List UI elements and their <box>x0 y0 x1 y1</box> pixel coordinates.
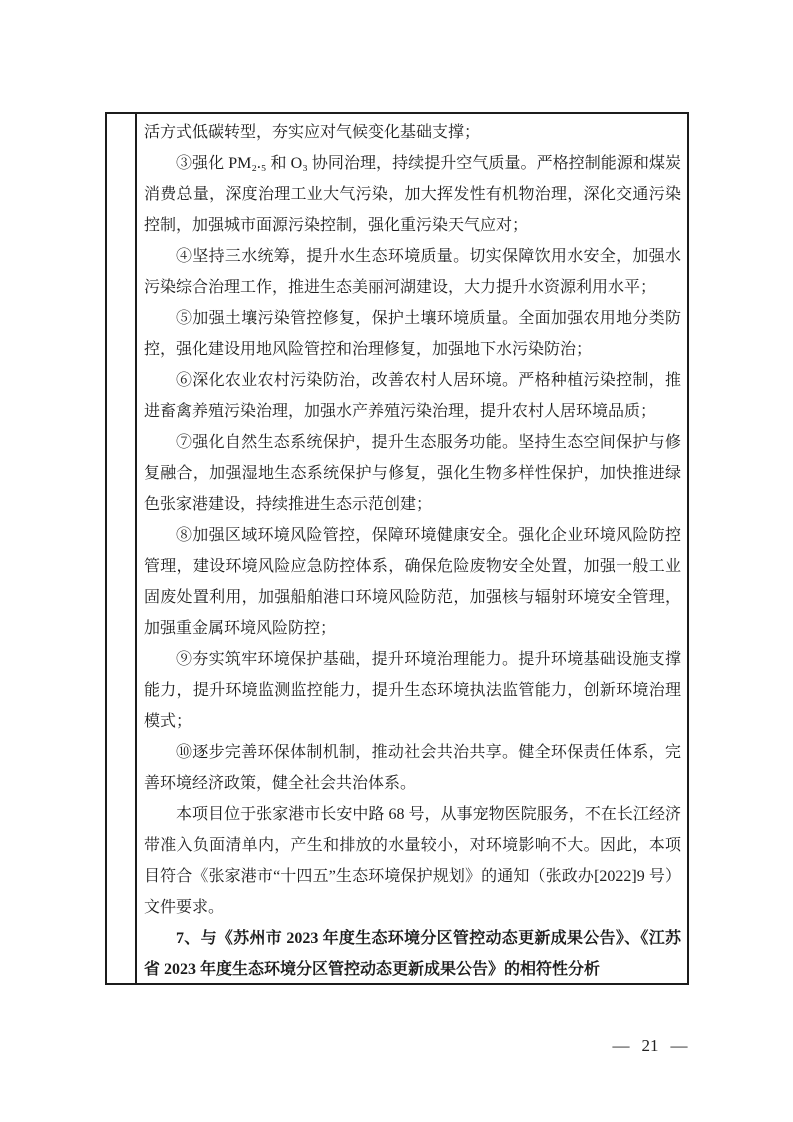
paragraph-item-5: ⑤加强土壤污染管控修复，保护土壤环境质量。全面加强农用地分类防控，强化建设用地风… <box>144 303 681 365</box>
paragraph-item-4: ④坚持三水统筹，提升水生态环境质量。切实保障饮用水安全，加强水污染综合治理工作，… <box>144 241 681 303</box>
section-heading-7: 7、与《苏州市 2023 年度生态环境分区管控动态更新成果公告》、《江苏省 20… <box>144 923 681 983</box>
footer-dash-left: — <box>613 1036 630 1056</box>
page-number: 21 <box>642 1036 659 1056</box>
paragraph-project-conclusion: 本项目位于张家港市长安中路 68 号，从事宠物医院服务，不在长江经济带准入负面清… <box>144 799 681 923</box>
paragraph-item-8: ⑧加强区域环境风险管控，保障环境健康安全。强化企业环境风险防控管理，建设环境风险… <box>144 520 681 644</box>
paragraph-item-10: ⑩逐步完善环保体制机制，推动社会共治共享。健全环保责任体系，完善环境经济政策，健… <box>144 737 681 799</box>
content-table: 活方式低碳转型，夯实应对气候变化基础支撑； ③强化 PM₂.₅ 和 O₃ 协同治… <box>105 112 689 985</box>
footer-dash-right: — <box>671 1036 688 1056</box>
paragraph-item-3: ③强化 PM₂.₅ 和 O₃ 协同治理，持续提升空气质量。严格控制能源和煤炭消费… <box>144 148 681 241</box>
table-content-cell: 活方式低碳转型，夯实应对气候变化基础支撑； ③强化 PM₂.₅ 和 O₃ 协同治… <box>137 114 687 983</box>
page-footer: — 21 — <box>600 1036 700 1056</box>
paragraph-item-9: ⑨夯实筑牢环境保护基础，提升环境治理能力。提升环境基础设施支撑能力，提升环境监测… <box>144 644 681 737</box>
paragraph-item-7: ⑦强化自然生态系统保护，提升生态服务功能。坚持生态空间保护与修复融合，加强湿地生… <box>144 427 681 520</box>
table-stub-column <box>107 114 137 983</box>
paragraph-continuation: 活方式低碳转型，夯实应对气候变化基础支撑； <box>144 117 681 148</box>
paragraph-item-6: ⑥深化农业农村污染防治，改善农村人居环境。严格种植污染控制，推进畜禽养殖污染治理… <box>144 365 681 427</box>
document-page: 活方式低碳转型，夯实应对气候变化基础支撑； ③强化 PM₂.₅ 和 O₃ 协同治… <box>0 0 793 1122</box>
